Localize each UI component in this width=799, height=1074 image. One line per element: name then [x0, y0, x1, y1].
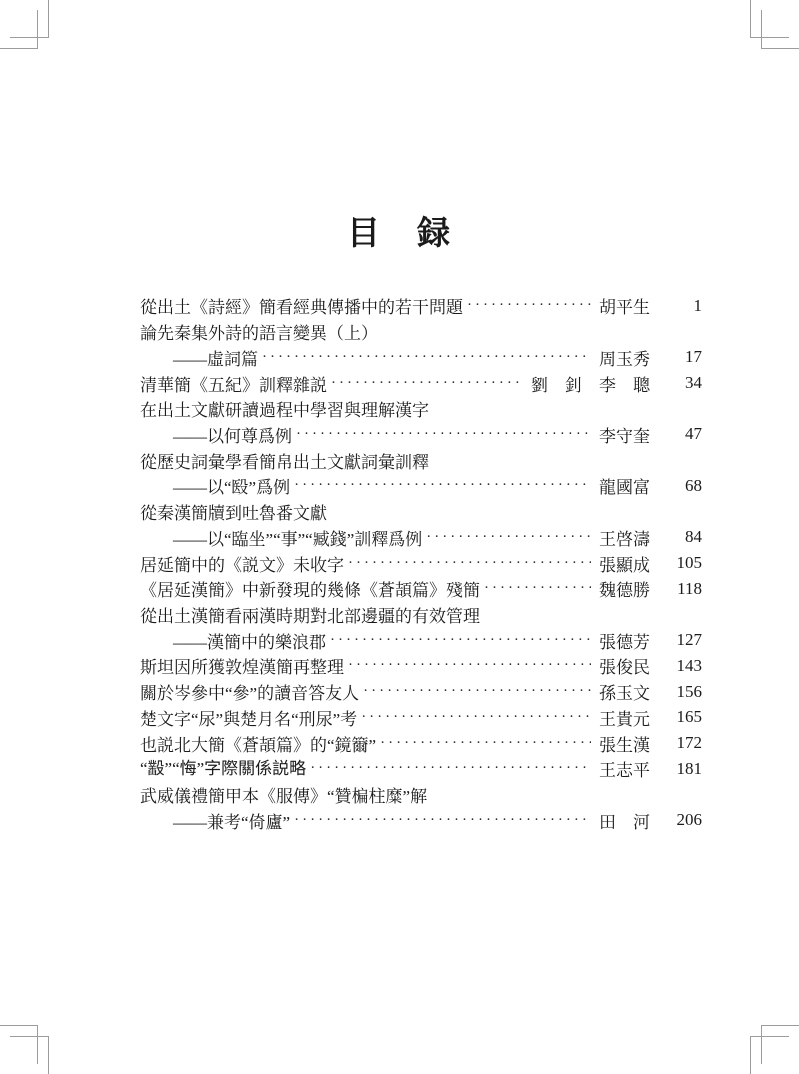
entry-title: 從出土漢簡看兩漢時期對北部邊疆的有效管理 [140, 602, 480, 627]
dot-leader [294, 477, 591, 494]
entry-author: 王志平 [599, 756, 650, 781]
dot-leader [331, 375, 523, 392]
entry-title: 在出土文獻研讀過程中學習與理解漢字 [140, 396, 429, 421]
entry-title: ——以何尊爲例 [173, 422, 292, 447]
toc-entry: ——以“臨坐”“事”“臧錢”訓釋爲例王啓濤84 [140, 524, 702, 550]
entry-page-number: 118 [662, 579, 702, 599]
entry-author: 魏德勝 [599, 576, 650, 601]
toc-entry: ——以“殹”爲例龍國富68 [140, 473, 702, 499]
toc-entry: “𣫞”“悔”字際關係説略王志平181 [140, 756, 702, 782]
entry-title: 斯坦因所獲敦煌漢簡再整理 [140, 653, 344, 678]
entry-page-number: 165 [662, 707, 702, 727]
entry-author: 王啓濤 [599, 525, 650, 550]
entry-title: 武威儀禮簡甲本《服傳》“贊楄柱糜”解 [140, 782, 427, 807]
entry-page-number: 181 [662, 759, 702, 779]
entry-title: 也説北大簡《蒼頡篇》的“鏡籋” [140, 731, 376, 756]
entry-page-number: 1 [662, 296, 702, 316]
toc-entry: 從出土《詩經》簡看經典傳播中的若干問題胡平生1 [140, 293, 702, 319]
toc-entry: ——兼考“倚廬”田 河206 [140, 807, 702, 833]
entry-title: ——兼考“倚廬” [173, 808, 290, 833]
entry-page-number: 68 [662, 476, 702, 496]
entry-title: 關於岑參中“參”的讀音答友人 [140, 679, 359, 704]
entry-author: 張德芳 [599, 628, 650, 653]
toc-entry: ——漢簡中的樂浪郡張德芳127 [140, 627, 702, 653]
entry-author: 周玉秀 [599, 345, 650, 370]
dot-leader [294, 812, 591, 829]
dot-leader [310, 760, 591, 777]
toc-list: 從出土《詩經》簡看經典傳播中的若干問題胡平生1論先秦集外詩的語言變異（上）——虛… [140, 293, 702, 833]
toc-entry: 居延簡中的《説文》未收字張顯成105 [140, 550, 702, 576]
toc-entry: 從出土漢簡看兩漢時期對北部邊疆的有效管理 [140, 602, 702, 628]
dot-leader [262, 349, 591, 366]
entry-page-number: 84 [662, 527, 702, 547]
entry-author: 龍國富 [599, 473, 650, 498]
entry-page-number: 143 [662, 656, 702, 676]
entry-page-number: 127 [662, 630, 702, 650]
book-toc-page: 目 録 從出土《詩經》簡看經典傳播中的若干問題胡平生1論先秦集外詩的語言變異（上… [0, 0, 799, 1074]
entry-title: 從歷史詞彙學看簡帛出土文獻詞彙訓釋 [140, 448, 429, 473]
entry-author: 王貴元 [599, 705, 650, 730]
entry-author: 張俊民 [599, 653, 650, 678]
toc-entry: ——以何尊爲例李守奎47 [140, 422, 702, 448]
entry-title: ——虛詞篇 [173, 345, 258, 370]
entry-title: 從秦漢簡牘到吐魯番文獻 [140, 499, 327, 524]
dot-leader [380, 735, 591, 752]
entry-page-number: 34 [662, 373, 702, 393]
entry-title: “𣫞”“悔”字際關係説略 [140, 758, 306, 779]
toc-entry: 從歷史詞彙學看簡帛出土文獻詞彙訓釋 [140, 447, 702, 473]
dot-leader [361, 709, 591, 726]
toc-entry: ——虛詞篇周玉秀17 [140, 344, 702, 370]
entry-author: 李守奎 [599, 422, 650, 447]
entry-author: 張生漢 [599, 731, 650, 756]
entry-title: 楚文字“尿”與楚月名“刑尿”考 [140, 705, 357, 730]
dot-leader [348, 657, 591, 674]
entry-author: 劉 釗 李 聰 [531, 371, 650, 396]
entry-author: 胡平生 [599, 293, 650, 318]
entry-page-number: 105 [662, 553, 702, 573]
entry-title: ——以“臨坐”“事”“臧錢”訓釋爲例 [173, 525, 422, 550]
entry-title: 居延簡中的《説文》未收字 [140, 551, 344, 576]
toc-entry: 在出土文獻研讀過程中學習與理解漢字 [140, 396, 702, 422]
toc-entry: 《居延漢簡》中新發現的幾條《蒼頡篇》殘簡魏德勝118 [140, 576, 702, 602]
entry-title: 清華簡《五紀》訓釋雜説 [140, 371, 327, 396]
entry-title: 從出土《詩經》簡看經典傳播中的若干問題 [140, 293, 463, 318]
toc-entry: 從秦漢簡牘到吐魯番文獻 [140, 499, 702, 525]
entry-author: 張顯成 [599, 551, 650, 576]
page-title: 目 録 [0, 207, 799, 254]
dot-leader [363, 683, 591, 700]
entry-page-number: 156 [662, 682, 702, 702]
entry-page-number: 172 [662, 733, 702, 753]
entry-title: 《居延漢簡》中新發現的幾條《蒼頡篇》殘簡 [140, 576, 480, 601]
dot-leader [348, 555, 591, 572]
dot-leader [484, 580, 591, 597]
entry-page-number: 47 [662, 424, 702, 444]
entry-author: 田 河 [599, 808, 650, 833]
toc-entry: 關於岑參中“參”的讀音答友人孫玉文156 [140, 679, 702, 705]
toc-entry: 論先秦集外詩的語言變異（上） [140, 319, 702, 345]
entry-page-number: 206 [662, 810, 702, 830]
toc-entry: 清華簡《五紀》訓釋雜説劉 釗 李 聰34 [140, 370, 702, 396]
dot-leader [467, 297, 591, 314]
entry-title: ——漢簡中的樂浪郡 [173, 628, 326, 653]
toc-entry: 楚文字“尿”與楚月名“刑尿”考王貴元165 [140, 705, 702, 731]
dot-leader [330, 632, 591, 649]
entry-page-number: 17 [662, 347, 702, 367]
toc-entry: 也説北大簡《蒼頡篇》的“鏡籋”張生漢172 [140, 730, 702, 756]
toc-entry: 武威儀禮簡甲本《服傳》“贊楄柱糜”解 [140, 782, 702, 808]
entry-title: 論先秦集外詩的語言變異（上） [140, 319, 378, 344]
dot-leader [296, 426, 591, 443]
entry-title: ——以“殹”爲例 [173, 473, 290, 498]
entry-author: 孫玉文 [599, 679, 650, 704]
dot-leader [426, 529, 591, 546]
toc-entry: 斯坦因所獲敦煌漢簡再整理張俊民143 [140, 653, 702, 679]
